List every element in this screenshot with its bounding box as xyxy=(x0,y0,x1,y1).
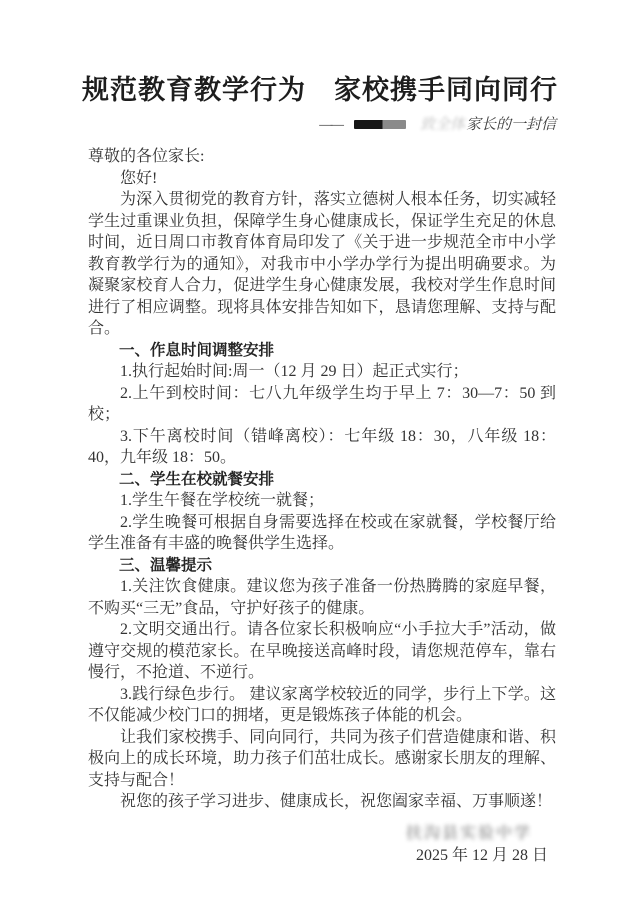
signature-date: 2025 年 12 月 28 日 xyxy=(0,845,556,867)
section-1-item-2: 2.上午到校时间：七八九年级学生均于早上 7：30—7：50 到校； xyxy=(88,383,556,426)
signature-block: 扶沟县实验中学 2025 年 12 月 28 日 xyxy=(0,823,640,867)
section-2-item-1: 1.学生午餐在学校统一就餐； xyxy=(88,490,556,512)
section-2-item-2: 2.学生晚餐可根据自身需要选择在校或在家就餐，学校餐厅给学生准备有丰盛的晚餐供学… xyxy=(88,512,556,555)
letter-page: 规范教育教学行为 家校携手同向同行 ——致全体家长的一封信 尊敬的各位家长: 您… xyxy=(0,0,640,905)
letter-body: 尊敬的各位家长: 您好! 为深入贯彻党的教育方针，落实立德树人根本任务，切实减轻… xyxy=(0,135,640,813)
signature-school-name-blurred: 扶沟县实验中学 xyxy=(0,823,556,845)
section-3-item-3: 3.践行绿色步行。 建议家离学校较近的同学，步行上下学。这不仅能减少校门口的拥堵… xyxy=(88,684,556,727)
greeting: 您好! xyxy=(88,168,556,190)
intro-paragraph: 为深入贯彻党的教育方针，落实立德树人根本任务，切实减轻学生过重课业负担，保障学生… xyxy=(88,189,556,340)
section-3-item-1: 1.关注饮食健康。建议您为孩子准备一份热腾腾的家庭早餐，不购买“三无”食品，守护… xyxy=(88,576,556,619)
section-2-heading: 二、学生在校就餐安排 xyxy=(88,469,556,491)
section-1-item-3: 3.下午离校时间（错峰离校）：七年级 18：30，八年级 18：40，九年级 1… xyxy=(88,426,556,469)
letter-subtitle: ——致全体家长的一封信 xyxy=(0,115,640,135)
page-title: 规范教育教学行为 家校携手同向同行 xyxy=(0,0,640,106)
subtitle-dash: —— xyxy=(319,117,342,133)
school-name-redaction-bar xyxy=(354,120,406,129)
section-3-heading: 三、温馨提示 xyxy=(88,555,556,577)
closing-paragraph-2: 祝您的孩子学习进步、健康成长，祝您阖家幸福、万事顺遂！ xyxy=(88,791,556,813)
closing-paragraph-1: 让我们家校携手、同向同行，共同为孩子们营造健康和谐、积极向上的成长环境，助力孩子… xyxy=(88,727,556,792)
subtitle-text: 家长的一封信 xyxy=(466,117,556,133)
subtitle-faint-text: 致全体 xyxy=(420,117,465,133)
section-1-item-1: 1.执行起始时间:周一（12 月 29 日）起正式实行； xyxy=(88,361,556,383)
salutation: 尊敬的各位家长: xyxy=(88,146,556,168)
section-3-item-2: 2.文明交通出行。请各位家长积极响应“小手拉大手”活动，做遵守交规的模范家长。在… xyxy=(88,619,556,684)
section-1-heading: 一、作息时间调整安排 xyxy=(88,340,556,362)
